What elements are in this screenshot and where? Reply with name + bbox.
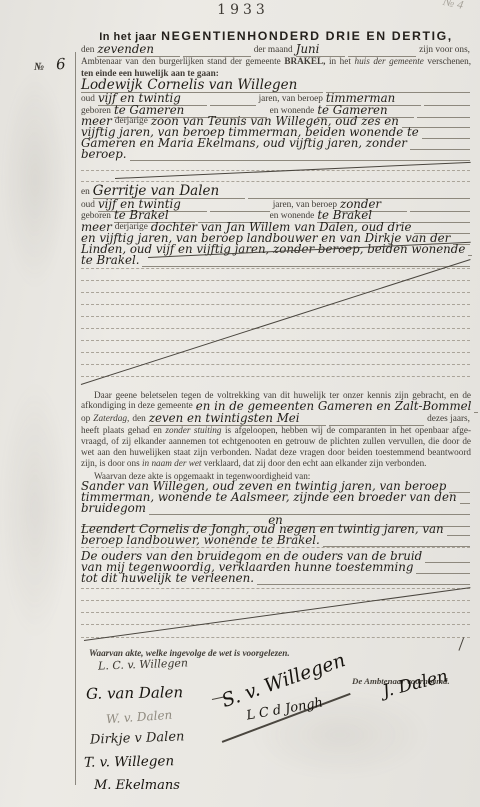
form-header-prefix: In het jaar	[99, 31, 156, 43]
signature-bride-mother: Dirkje v Dalen	[90, 729, 185, 747]
declaration-line-7: zijn, is door ons in naam der wet verkla…	[81, 458, 471, 469]
signature-official: J. Dalen	[381, 666, 450, 701]
rule-filler	[474, 411, 478, 413]
bleed-through-smudge	[2, 70, 68, 290]
blank-rule	[81, 304, 470, 305]
blank-rule	[81, 280, 470, 281]
blank-rule	[81, 292, 470, 293]
blank-rule	[81, 376, 470, 377]
declaration-line-4: heeft plaats gehad en zonder stuiting is…	[81, 425, 471, 436]
registrar-text-b: in het	[325, 56, 354, 66]
witness2-row-2: beroep landbouwer, wonende te Brakel.	[81, 534, 470, 547]
rule-filler	[142, 265, 470, 267]
strike-line	[81, 259, 471, 385]
blank-rule	[81, 547, 470, 548]
rule-filler	[130, 159, 470, 161]
groom-parents-line4: beroep.	[81, 149, 127, 161]
year-stamp: 1933	[0, 2, 480, 18]
declaration-line-6: wet aan den huwelijken staat zijn verbon…	[81, 447, 471, 458]
consent-row-3: tot dit huwelijk te verleenen.	[81, 572, 470, 585]
municipality-name: BRAKEL,	[284, 56, 325, 66]
read-aloud-line: Waarvan akte, welke ingevolge de wet is …	[81, 648, 479, 659]
registrar-line: Ambtenaar van den burgerlijken stand der…	[81, 56, 471, 67]
registrar-text-italic: huis der gemeente	[354, 56, 423, 66]
blank-rule	[81, 268, 470, 269]
blank-rule	[81, 328, 470, 329]
bride-parents-row-4: te Brakel.	[81, 254, 470, 267]
act-number-label: №	[34, 61, 44, 73]
blank-rule	[81, 637, 470, 638]
blank-rule	[81, 340, 470, 341]
registrar-text-a: Ambtenaar van den burgerlijken stand der…	[81, 56, 284, 66]
declaration-text: verklaard, dat zij door den echt aan elk…	[201, 458, 426, 468]
blank-rule	[81, 624, 470, 625]
blank-rule	[81, 588, 470, 589]
bleed-through-smudge	[0, 380, 70, 640]
signature-bride-father: W. v. Dalen	[106, 708, 173, 727]
blank-rule	[81, 316, 470, 317]
registrar-text-c: verschenen,	[424, 56, 471, 66]
consent-line3: tot dit huwelijk te verleenen.	[81, 573, 254, 585]
declaration-line-5: vraagd, of zij elkander aannemen tot ech…	[81, 436, 471, 447]
marriage-certificate-page: 1933 № 4 № 6 In het jaar NEGENTIENHONDER…	[0, 0, 480, 807]
declaration-text-italic: zonder stuiting	[165, 425, 221, 435]
declaration-text: is afgeloopen, hebben wij de comparanten…	[221, 425, 471, 435]
declaration-text: vraagd, of zij elkander aannemen tot ech…	[81, 436, 471, 446]
witness2-line2: beroep landbouwer, wonende te Brakel.	[81, 535, 320, 547]
declaration-text: heeft plaats gehad en	[81, 425, 165, 435]
act-number: № 6	[34, 55, 66, 73]
blank-rule	[81, 600, 470, 601]
signature-groom: L. C. v. Willegen	[98, 656, 188, 672]
act-number-value: 6	[55, 55, 66, 74]
signature-bride: G. van Dalen	[86, 683, 183, 703]
bride-parents-line4: te Brakel.	[81, 255, 139, 267]
bride-en-label: en	[81, 187, 90, 199]
signature-groom-father: T. v. Willegen	[84, 753, 174, 771]
blank-rule	[81, 181, 470, 182]
declaration-text: wet aan den huwelijken staat zijn verbon…	[81, 447, 471, 457]
form-header-year-words: NEGENTIENHONDERD DRIE EN DERTIG,	[161, 29, 453, 43]
blank-rule	[81, 352, 470, 353]
margin-rule	[75, 52, 76, 785]
strike-line	[84, 587, 471, 641]
groom-parents-row-4: beroep.	[81, 148, 470, 161]
declaration-text: zijn, is door ons	[81, 458, 142, 468]
declaration-text-italic: in naam der wet	[142, 458, 201, 468]
signature-groom-mother: M. Ekelmans	[94, 778, 180, 793]
rule-filler	[257, 583, 470, 585]
read-aloud-text: Waarvan akte, welke ingevolge de wet is …	[89, 648, 290, 658]
